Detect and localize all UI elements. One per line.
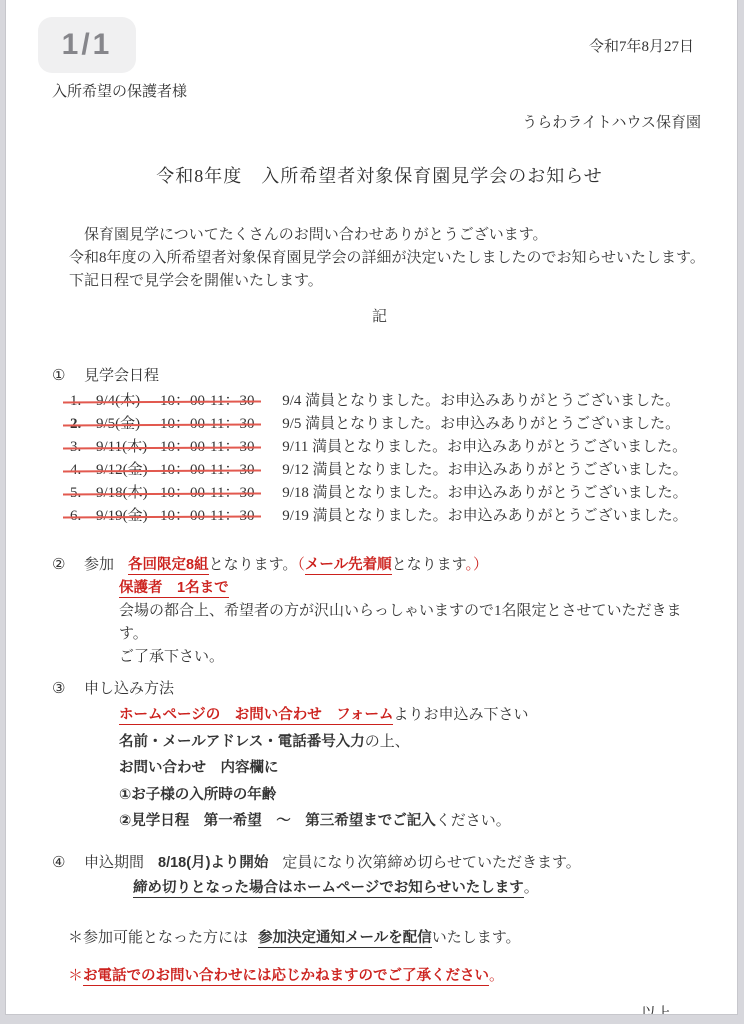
understanding-line: ご了承下さい。 <box>119 646 707 669</box>
row-number: 2. <box>70 413 96 436</box>
application-heading: ③ 申し込み方法 <box>52 678 707 701</box>
row-date: 9/12(金) <box>96 459 160 482</box>
row-date: 9/19(金) <box>96 505 160 528</box>
document-content: 令和7年8月27日 入所希望の保護者様 うらわライトハウス保育園 令和8年度 入… <box>6 0 737 1014</box>
schedule-row: 5.9/18(木)10：00-11：30 9/18 満員となりました。お申込みあ… <box>70 482 707 505</box>
schedule-row: 6.9/19(金)10：00-11：30 9/19 満員となりました。お申込みあ… <box>70 505 707 528</box>
intro-line-2: 令和8年度の入所希望者対象保育園見学会の詳細が決定いたしましたのでお知らせいたし… <box>69 247 707 270</box>
deadline-notice-text: 締め切りとなった場合はホームページでお知らせいたします <box>133 880 524 898</box>
participation-line-1: 各回限定8組となります。（メール先着順となります。） <box>128 554 488 577</box>
section-period: ④ 申込期間 8/18(月)より開始定員になり次第締め切らせていただきます。 締… <box>52 852 707 900</box>
row-note: 9/12 満員となりました。お申込みありがとうございました。 <box>282 462 687 478</box>
closing-mark: 以上 <box>52 1003 671 1015</box>
row-number: 3. <box>70 436 96 459</box>
document-viewer[interactable]: 1/1 令和7年8月27日 入所希望の保護者様 うらわライトハウス保育園 令和8… <box>0 0 744 1024</box>
section-schedule: ① 見学会日程 1.9/4(木)10：00-11：30 9/4 満員となりました… <box>52 365 707 528</box>
row-note: 9/4 満員となりました。お申込みありがとうございました。 <box>282 393 680 409</box>
row-time: 10：00-11：30 <box>160 393 254 409</box>
participation-heading: ② 参加 各回限定8組となります。（メール先着順となります。） <box>52 554 707 577</box>
row-number: 6. <box>70 505 96 528</box>
intro-line-1: 保育園見学についてたくさんのお問い合わせありがとうございます。 <box>69 224 707 247</box>
intro-paragraph: 保育園見学についてたくさんのお問い合わせありがとうございます。 令和8年度の入所… <box>69 224 707 293</box>
document-page: 1/1 令和7年8月27日 入所希望の保護者様 うらわライトハウス保育園 令和8… <box>6 0 737 1014</box>
plain-text: 定員になり次第締め切らせていただきます。 <box>282 855 580 871</box>
application-line-1: ホームページの お問い合わせ フォームよりお申込み下さい <box>119 703 707 728</box>
plain-text: の上、 <box>365 734 410 750</box>
row-date: 9/4(木) <box>96 390 160 413</box>
schedule-rows: 1.9/4(木)10：00-11：30 9/4 満員となりました。お申込みありが… <box>70 390 707 528</box>
guardian-limit-line: 保護者 1名まで <box>119 577 707 600</box>
venue-reason-line: 会場の都合上、希望者の方が沢山いらっしゃいますので1名限定とさせていただきます。 <box>119 600 707 646</box>
struck-datetime: 1.9/4(木)10：00-11：30 <box>70 390 254 413</box>
period-line-1: 8/18(月)より開始定員になり次第締め切らせていただきます。 <box>158 852 581 875</box>
participation-number: ② <box>52 554 84 577</box>
document-title: 令和8年度 入所希望者対象保育園見学会のお知らせ <box>52 165 707 188</box>
row-date: 9/11(木) <box>96 436 160 459</box>
row-note: 9/19 満員となりました。お申込みありがとうございました。 <box>282 508 687 524</box>
plain-text: よりお申込み下さい <box>393 707 528 723</box>
participation-label: 参加 <box>84 554 114 577</box>
sender-line: うらわライトハウス保育園 <box>52 112 701 135</box>
period-number: ④ <box>52 852 84 875</box>
schedule-row: 2.9/5(金)10：00-11：30 9/5 満員となりました。お申込みありが… <box>70 413 707 436</box>
plain-text: ＊参加可能となった方には <box>68 930 248 946</box>
row-date: 9/18(木) <box>96 482 160 505</box>
plain-text: 。 <box>524 880 539 896</box>
plain-text: となります。 <box>209 557 298 573</box>
struck-datetime: 2.9/5(金)10：00-11：30 <box>70 413 254 436</box>
row-date: 9/5(金) <box>96 413 160 436</box>
row-time: 10：00-11：30 <box>160 462 254 478</box>
limit-groups-text: 各回限定8組 <box>128 557 209 575</box>
guardian-limit-text: 保護者 1名まで <box>119 580 229 598</box>
schedule-row: 1.9/4(木)10：00-11：30 9/4 満員となりました。お申込みありが… <box>70 390 707 413</box>
confirmation-mail-text: 参加決定通知メールを配信 <box>258 930 432 948</box>
input-fields-text: 名前・メールアドレス・電話番号入力 <box>119 734 365 750</box>
plain-text: 。 <box>489 968 504 984</box>
intro-line-3: 下記日程で見学会を開催いたします。 <box>69 270 707 293</box>
recipient-line: 入所希望の保護者様 <box>52 81 707 104</box>
record-mark: 記 <box>52 306 707 329</box>
row-number: 1. <box>70 390 96 413</box>
row-time: 10：00-11：30 <box>160 416 254 432</box>
paren-close: 。） <box>465 557 488 573</box>
schedule-number: ① <box>52 365 84 388</box>
application-number: ③ <box>52 678 84 701</box>
row-note: 9/5 満員となりました。お申込みありがとうございました。 <box>282 416 680 432</box>
paren-open: （ <box>297 557 305 573</box>
struck-datetime: 3.9/11(木)10：00-11：30 <box>70 436 254 459</box>
struck-datetime: 5.9/18(木)10：00-11：30 <box>70 482 254 505</box>
asterisk-mark: ＊ <box>68 968 83 984</box>
row-time: 10：00-11：30 <box>160 508 254 524</box>
period-label: 申込期間 <box>84 852 144 875</box>
row-number: 5. <box>70 482 96 505</box>
row-note: 9/11 満員となりました。お申込みありがとうございました。 <box>282 439 687 455</box>
row-number: 4. <box>70 459 96 482</box>
schedule-row: 3.9/11(木)10：00-11：30 9/11 満員となりました。お申込みあ… <box>70 436 707 459</box>
plain-text: となります <box>392 557 466 573</box>
no-phone-text: お電話でのお問い合わせには応じかねますのでご了承ください <box>83 968 489 986</box>
start-date-text: 8/18(月)より開始 <box>158 855 268 871</box>
document-date: 令和7年8月27日 <box>52 0 694 59</box>
application-label: 申し込み方法 <box>84 678 174 701</box>
confirmation-note: ＊参加可能となった方には参加決定通知メールを配信いたします。 <box>68 927 707 950</box>
schedule-row: 4.9/12(金)10：00-11：30 9/12 満員となりました。お申込みあ… <box>70 459 707 482</box>
application-line-4: ①お子様の入所時の年齢 <box>119 783 707 808</box>
row-time: 10：00-11：30 <box>160 485 254 501</box>
period-heading: ④ 申込期間 8/18(月)より開始定員になり次第締め切らせていただきます。 <box>52 852 707 875</box>
application-line-2: 名前・メールアドレス・電話番号入力の上、 <box>119 730 707 755</box>
schedule-heading: ① 見学会日程 <box>52 365 707 388</box>
application-line-5: ②見学日程 第一希望 ～ 第三希望までご記入ください。 <box>119 809 707 834</box>
preferred-dates-text: ②見学日程 第一希望 ～ 第三希望までご記入 <box>119 813 436 829</box>
plain-text: ください。 <box>436 813 511 829</box>
schedule-label: 見学会日程 <box>84 365 159 388</box>
row-note: 9/18 満員となりました。お申込みありがとうございました。 <box>282 485 687 501</box>
row-time: 10：00-11：30 <box>160 439 254 455</box>
section-application: ③ 申し込み方法 ホームページの お問い合わせ フォームよりお申込み下さい 名前… <box>52 678 707 834</box>
deadline-notice-line: 締め切りとなった場合はホームページでお知らせいたします。 <box>133 877 707 900</box>
struck-datetime: 6.9/19(金)10：00-11：30 <box>70 505 254 528</box>
mail-first-come-text: メール先着順 <box>305 557 392 575</box>
no-phone-note: ＊お電話でのお問い合わせには応じかねますのでご了承ください。 <box>68 965 707 988</box>
homepage-form-text: ホームページの お問い合わせ フォーム <box>119 707 393 725</box>
plain-text: いたします。 <box>432 930 521 946</box>
struck-datetime: 4.9/12(金)10：00-11：30 <box>70 459 254 482</box>
application-line-3: お問い合わせ 内容欄に <box>119 756 707 781</box>
section-participation: ② 参加 各回限定8組となります。（メール先着順となります。） 保護者 1名まで… <box>52 554 707 669</box>
